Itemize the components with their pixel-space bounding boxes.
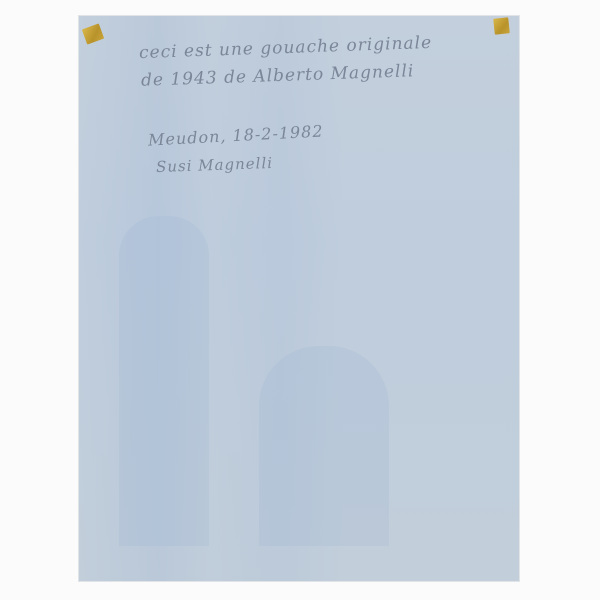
tape-corner-left [82,23,104,44]
paper-sheet: ceci est une gouache originale de 1943 d… [79,16,519,581]
inscription-line-1: ceci est une gouache originale [139,33,433,63]
inscription-line-2: de 1943 de Alberto Magnelli [141,61,415,91]
inscription-signature: Susi Magnelli [156,154,274,176]
show-through-shape [119,216,209,546]
inscription-place-date: Meudon, 18-2-1982 [148,121,324,149]
tape-corner-right [493,17,510,34]
show-through-shape [259,346,389,546]
